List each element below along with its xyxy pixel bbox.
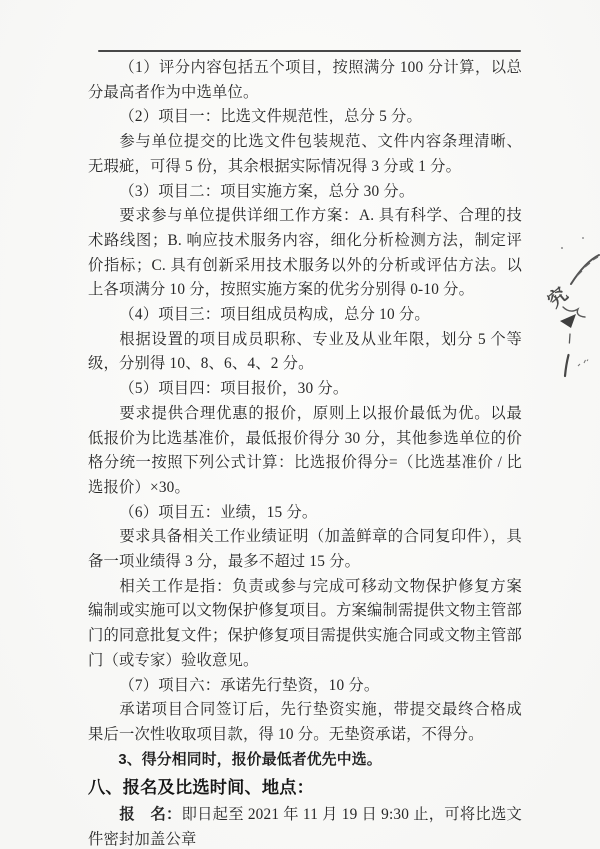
document-body: （1）评分内容包括五个项目，按照满分 100 分计算，以总分最高者作为中选单位。… [88,56,522,849]
paragraph-text: （1）评分内容包括五个项目，按照满分 100 分计算，以总分最高者作为中选单位。 [88,59,522,101]
scan-speck [561,247,563,249]
paragraph-text: （7）项目六：承诺先行垫资，10 分。 [119,677,379,694]
paragraph: 要求具备相关工作业绩证明（加盖鲜章的合同复印件），具备一项业绩得 3 分，最多不… [88,525,522,574]
seal-arc-hatches [577,257,598,276]
paragraph-text: 八、报名及比选时间、地点： [88,777,314,797]
triangle-mark [560,314,576,328]
scan-speck [582,237,584,239]
tiny-pen-marks [578,360,588,367]
partial-seal-stamp: 究 [535,230,600,420]
paragraph: （2）项目一：比选文件规范性，总分 5 分。 [88,105,522,130]
paragraph-text: 承诺项目合同签订后，先行垫资实施，带提交最终合格成果后一次性收取项目款，得 10… [88,701,522,743]
paragraph: 根据设置的项目成员职称、专业及从业年限，划分 5 个等级，分别得 10、8、6、… [88,328,522,377]
scanned-document-page: （1）评分内容包括五个项目，按照满分 100 分计算，以总分最高者作为中选单位。… [0,0,600,849]
paragraph-text: 要求提供合理优惠的报价，原则上以报价最低为优。以最低报价为比选基准价，最低报价得… [88,405,522,496]
paragraph: （3）项目二：项目实施方案，总分 30 分。 [88,180,522,205]
paragraph-text: 根据设置的项目成员职称、专业及从业年限，划分 5 个等级，分别得 10、8、6、… [88,331,522,373]
paragraph: 3、得分相同时，报价最低者优先中选。 [88,748,522,773]
paragraph: 报 名：即日起至 2021 年 11 月 19 日 9:30 止，可将比选文件密… [88,803,522,849]
paragraph: 参与单位提交的比选文件包装规范、文件内容条理清晰、无瑕疵，可得 5 份，其余根据… [88,130,522,179]
paragraph: 要求参与单位提供详细工作方案：A. 具有科学、合理的技术路线图；B. 响应技术服… [88,204,522,303]
paragraph-text: （6）项目五：业绩，15 分。 [119,504,317,521]
seal-character: 究 [543,283,572,313]
paragraph-text: （4）项目三：项目组成员构成，总分 10 分。 [119,306,430,323]
paragraph-text: 要求参与单位提供详细工作方案：A. 具有科学、合理的技术路线图；B. 响应技术服… [88,207,522,298]
paragraph: （5）项目四：项目报价，30 分。 [88,377,522,402]
paragraph: （4）项目三：项目组成员构成，总分 10 分。 [88,303,522,328]
paragraph-text: （3）项目二：项目实施方案，总分 30 分。 [119,183,414,200]
paragraph-text: （2）项目一：比选文件规范性，总分 5 分。 [119,108,422,125]
paragraph-lead-label: 报 名： [119,806,181,823]
paragraph-text: （5）项目四：项目报价，30 分。 [119,380,348,397]
paragraph: （6）项目五：业绩，15 分。 [88,501,522,526]
paragraph: （7）项目六：承诺先行垫资，10 分。 [88,674,522,699]
paragraph-text: 参与单位提交的比选文件包装规范、文件内容条理清晰、无瑕疵，可得 5 份，其余根据… [88,133,522,175]
short-dash-mark [569,334,570,343]
paragraph-text: 3、得分相同时，报价最低者优先中选。 [118,752,381,768]
paragraph: 要求提供合理优惠的报价，原则上以报价最低为优。以最低报价为比选基准价，最低报价得… [88,402,522,501]
section-heading: 八、报名及比选时间、地点： [88,772,522,803]
paragraph: 承诺项目合同签订后，先行垫资实施，带提交最终合格成果后一次性收取项目款，得 10… [88,698,522,747]
long-stroke-mark [565,355,569,376]
paragraph: （1）评分内容包括五个项目，按照满分 100 分计算，以总分最高者作为中选单位。 [88,56,522,105]
header-divider-rule [98,50,521,52]
paragraph-text: 相关工作是指：负责或参与完成可移动文物保护修复方案编制或实施可以文物保护修复项目… [88,578,522,669]
paragraph: 相关工作是指：负责或参与完成可移动文物保护修复方案编制或实施可以文物保护修复项目… [88,575,522,674]
paragraph-text: 要求具备相关工作业绩证明（加盖鲜章的合同复印件），具备一项业绩得 3 分，最多不… [88,528,522,570]
